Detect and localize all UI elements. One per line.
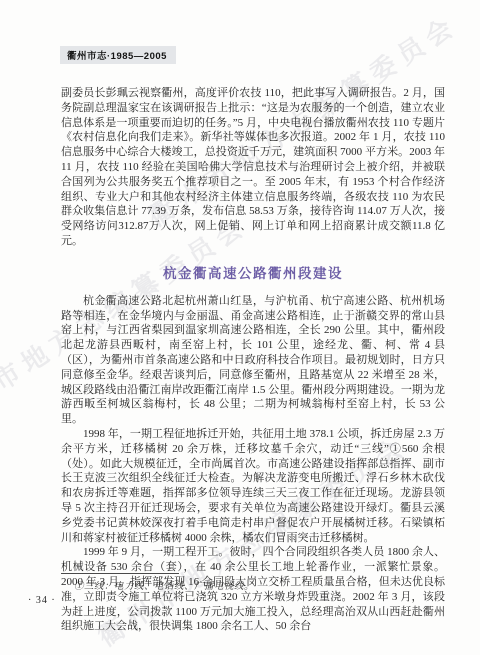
- footnote-text: ①三线：电力线、电话线、广播电视线。: [74, 578, 445, 592]
- footnote-area: ①三线：电力线、电话线、广播电视线。: [61, 573, 445, 592]
- page-number: · 34 ·: [28, 595, 56, 606]
- paragraph-agri110-continuation: 副委员长彭珮云视察衢州，高度评价农技 110，把此事写入调研报告。2 月，国务院…: [61, 86, 445, 249]
- paragraph-highway-overview: 杭金衢高速公路北起杭州萧山红垦，与沪杭甬、杭宁高速公路、杭州机场路等相连，在金华…: [61, 294, 445, 427]
- page-body: 副委员长彭珮云视察衢州，高度评价农技 110，把此事写入调研报告。2 月，国务院…: [61, 86, 445, 634]
- section-heading: 杭金衢高速公路衢州段建设: [61, 262, 445, 282]
- paragraph-1998-demolition: 1998 年，一期工程征地拆迁开始，共征用土地 378.1 公顷，拆迁房屋 2.…: [61, 427, 445, 545]
- running-header: 衢州市志·1985—2005: [60, 46, 176, 64]
- book-title: 衢州市志·1985—2005: [67, 51, 167, 62]
- footnote-divider: [61, 573, 179, 574]
- book-page: 衢州市地方志编纂委员会 衢州市地方志编纂委员会 衢州市地方志编纂委员会 衢州市志…: [0, 0, 480, 655]
